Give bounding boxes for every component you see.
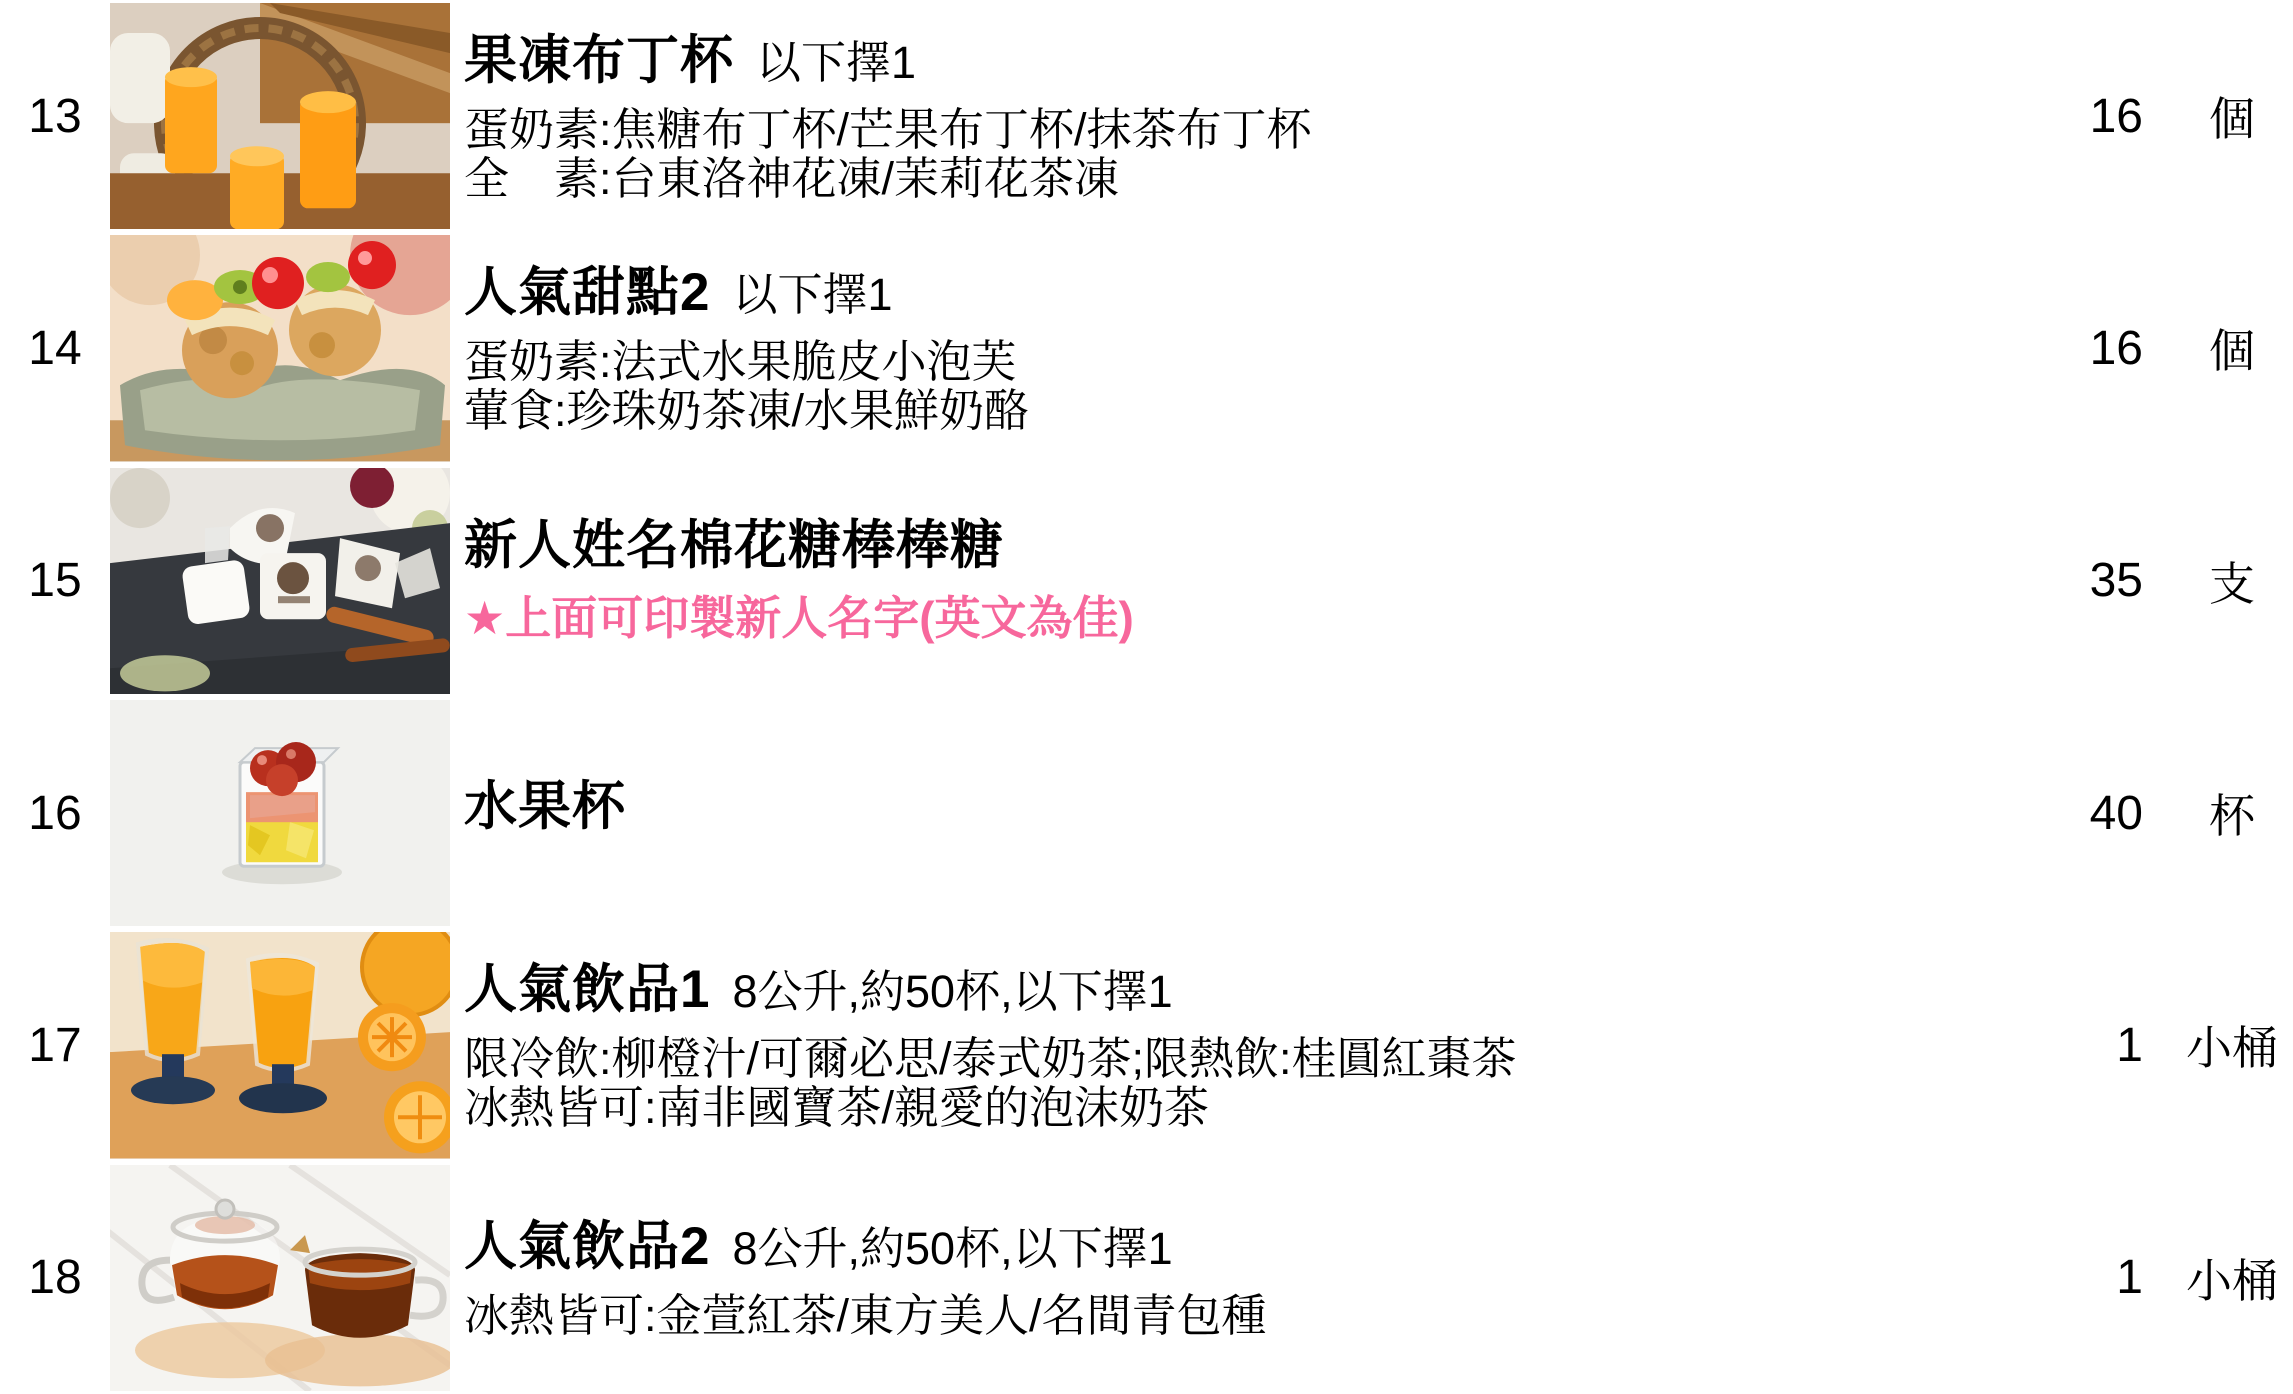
orange-juice-barrel-image [110, 932, 450, 1158]
item-title-note: 以下擇1 [732, 269, 892, 320]
item-unit: 小桶 [2143, 1162, 2293, 1394]
hot-tea-barrel-image [110, 1165, 450, 1391]
item-unit: 杯 [2143, 697, 2293, 929]
item-number: 13 [0, 0, 110, 232]
fruit-cup-image [110, 700, 450, 926]
hot-tea-barrel-photo [110, 1165, 450, 1391]
item-description: 全 素:台東洛神花凍/茉莉花茶凍 [464, 154, 2053, 203]
jelly-pudding-cups-photo [110, 3, 450, 229]
item-quantity: 16 [2053, 0, 2143, 232]
item-description: 葷食:珍珠奶茶凍/水果鮮奶酪 [464, 386, 2053, 435]
item-title: 水果杯 [464, 777, 626, 836]
item-title: 人氣甜點2 [464, 263, 710, 322]
item-number: 14 [0, 232, 110, 464]
marshmallow-name-lollipop-photo [110, 468, 450, 694]
orange-juice-barrel-photo [110, 932, 450, 1158]
menu-item-row-13: 13 果凍布丁杯以下擇1 [0, 0, 2293, 232]
menu-item-row-15: 15 [0, 465, 2293, 697]
item-text-block: 果凍布丁杯以下擇1 蛋奶素:焦糖布丁杯/芒果布丁杯/抹茶布丁杯 全 素:台東洛神… [450, 0, 2053, 232]
item-title-note: 8公升,約50杯,以下擇1 [732, 966, 1172, 1017]
menu-item-row-14: 14 [0, 232, 2293, 464]
item-unit: 小桶 [2143, 929, 2293, 1161]
item-description: 冰熱皆可:南非國寶茶/親愛的泡沫奶茶 [464, 1083, 2053, 1132]
marshmallow-name-lollipop-image [110, 468, 450, 694]
item-description: 蛋奶素:焦糖布丁杯/芒果布丁杯/抹茶布丁杯 [464, 105, 2053, 154]
item-number: 18 [0, 1162, 110, 1394]
item-text-block: 人氣飲品18公升,約50杯,以下擇1 限冷飲:柳橙汁/可爾必思/泰式奶茶;限熱飲… [450, 929, 2053, 1161]
item-text-block: 新人姓名棉花糖棒棒糖 ★上面可印製新人名字(英文為佳) [450, 465, 2053, 697]
item-title: 人氣飲品2 [464, 1217, 710, 1276]
item-title: 新人姓名棉花糖棒棒糖 [464, 516, 1004, 575]
cream-puff-dessert-photo [110, 235, 450, 461]
item-text-block: 人氣甜點2以下擇1 蛋奶素:法式水果脆皮小泡芙 葷食:珍珠奶茶凍/水果鮮奶酪 [450, 232, 2053, 464]
menu-list: 13 果凍布丁杯以下擇1 [0, 0, 2293, 1394]
item-quantity: 1 [2053, 1162, 2143, 1394]
item-text-block: 水果杯 [450, 697, 2053, 929]
menu-item-row-17: 17 [0, 929, 2293, 1161]
item-title: 果凍布丁杯 [464, 31, 734, 90]
item-number: 17 [0, 929, 110, 1161]
item-quantity: 35 [2053, 465, 2143, 697]
item-title-note: 以下擇1 [756, 37, 916, 88]
item-title-note: 8公升,約50杯,以下擇1 [732, 1223, 1172, 1274]
item-text-block: 人氣飲品28公升,約50杯,以下擇1 冰熱皆可:金萱紅茶/東方美人/名間青包種 [450, 1162, 2053, 1394]
menu-item-row-16: 16 水果杯 40 [0, 697, 2293, 929]
item-quantity: 16 [2053, 232, 2143, 464]
item-description: 限冷飲:柳橙汁/可爾必思/泰式奶茶;限熱飲:桂圓紅棗茶 [464, 1034, 2053, 1083]
fruit-cup-photo [110, 700, 450, 926]
item-description: 蛋奶素:法式水果脆皮小泡芙 [464, 337, 2053, 386]
item-unit: 個 [2143, 232, 2293, 464]
item-quantity: 40 [2053, 697, 2143, 929]
item-unit: 支 [2143, 465, 2293, 697]
item-title: 人氣飲品1 [464, 960, 710, 1019]
cream-puff-dessert-image [110, 235, 450, 461]
item-highlight-note: ★上面可印製新人名字(英文為佳) [464, 590, 2053, 646]
menu-item-row-18: 18 [0, 1162, 2293, 1394]
jelly-pudding-cups-image [110, 3, 450, 229]
item-unit: 個 [2143, 0, 2293, 232]
item-description: 冰熱皆可:金萱紅茶/東方美人/名間青包種 [464, 1291, 2053, 1340]
item-number: 16 [0, 697, 110, 929]
item-number: 15 [0, 465, 110, 697]
item-quantity: 1 [2053, 929, 2143, 1161]
